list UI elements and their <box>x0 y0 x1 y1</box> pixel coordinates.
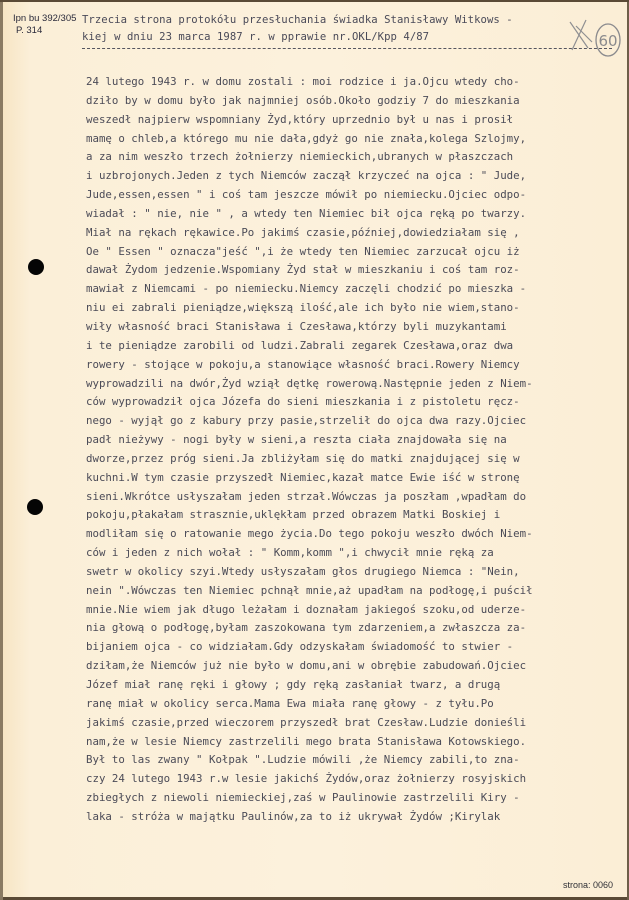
body-line: weszedł najpierw wspomniany Żyd,który up… <box>86 111 626 130</box>
body-line: mawiał z Niemcami - po niemiecku.Niemcy … <box>86 280 626 299</box>
body-line: modliłam się o ratowanie mego życia.Do t… <box>86 525 626 544</box>
body-line: nam,że w lesie Niemcy zastrzelili mego b… <box>86 733 626 752</box>
body-line: mamę o chleb,a którego mu nie dała,gdyż … <box>86 130 626 149</box>
header-line: kiej w dniu 23 marca 1987 r. w pprawie n… <box>82 29 622 46</box>
archive-reference: Ipn bu 392/305 <box>13 13 76 25</box>
body-line: sieni.Wkrótce usłyszałam jeden strzał.Wó… <box>86 488 626 507</box>
body-line: dziłam,że Niemców już nie było w domu,an… <box>86 657 626 676</box>
header-divider <box>82 48 612 49</box>
body-line: dworze,przez próg sieni.Ja zbliżyłam się… <box>86 450 626 469</box>
body-line: czy 24 lutego 1943 r.w lesie jakichś Żyd… <box>86 770 626 789</box>
body-line: nein ".Wówczas ten Niemiec pchnął mnie,a… <box>86 582 626 601</box>
body-line: jakimś czasie,przed wieczorem przyszedł … <box>86 714 626 733</box>
body-line: i te pieniądze zarobili od ludzi.Zabrali… <box>86 337 626 356</box>
body-line: laka - stróża w majątku Paulinów,za to i… <box>86 808 626 827</box>
body-line: zbiegłych z niewoli niemieckiej,zaś w Pa… <box>86 789 626 808</box>
archive-page-number: P. 314 <box>13 25 76 37</box>
body-line: dawał Żydom jedzenie.Wspomiany Żyd stał … <box>86 261 626 280</box>
archive-stamp: Ipn bu 392/305 P. 314 <box>13 13 76 37</box>
body-line: Józef miał ranę ręki i głowy ; gdy ręką … <box>86 676 626 695</box>
body-line: Miał na rękach rękawice.Po jakimś czasie… <box>86 224 626 243</box>
punch-hole <box>27 499 43 515</box>
body-line: a za nim weszło trzech żołnierzy niemiec… <box>86 148 626 167</box>
body-line: wyprowadzili na dwór,Żyd wziął dętkę row… <box>86 375 626 394</box>
body-line: ców wyprowadził ojca Józefa do sieni mie… <box>86 393 626 412</box>
handwritten-page-mark: 60 <box>566 14 622 60</box>
body-line: wiły własność braci Stanisława i Czesław… <box>86 318 626 337</box>
body-line: kuchni.W tym czasie przyszedł Niemiec,ka… <box>86 469 626 488</box>
body-line: rowery - stojące w pokoju,a stanowiące w… <box>86 356 626 375</box>
body-line: nia głową o podłogę,byłam zaszokowana ty… <box>86 619 626 638</box>
body-line: ców i jeden z nich wołał : " Komm,komm "… <box>86 544 626 563</box>
body-line: dziło by w domu było jak najmniej osób.O… <box>86 92 626 111</box>
body-line: pokoju,płakałam strasznie,uklękłam przed… <box>86 506 626 525</box>
body-line: padł nieżywy - nogi były w sieni,a reszt… <box>86 431 626 450</box>
header-line: Trzecia strona protokółu przesłuchania ś… <box>82 12 622 29</box>
punch-hole <box>28 259 44 275</box>
document-header: Trzecia strona protokółu przesłuchania ś… <box>82 12 622 46</box>
body-line: nego - wyjął go z kabury przy pasie,strz… <box>86 412 626 431</box>
page-footer-label: strona: 0060 <box>563 880 613 890</box>
body-line: Oe " Essen " oznacza"jeść ",i że wtedy t… <box>86 243 626 262</box>
body-line: 24 lutego 1943 r. w domu zostali : moi r… <box>86 73 626 92</box>
body-line: i uzbrojonych.Jeden z tych Niemców zaczą… <box>86 167 626 186</box>
body-line: wiadał : " nie, nie " , a wtedy ten Niem… <box>86 205 626 224</box>
body-line: bijaniem ojca - co widziałam.Gdy odzyska… <box>86 638 626 657</box>
scanned-document-page: Ipn bu 392/305 P. 314 Trzecia strona pro… <box>0 0 629 900</box>
body-line: mnie.Nie wiem jak długo leżałam i doznał… <box>86 601 626 620</box>
body-line: Był to las zwany " Kołpak ".Ludzie mówil… <box>86 751 626 770</box>
body-line: ranę miał w okolicy serca.Mama Ewa miała… <box>86 695 626 714</box>
testimony-body: 24 lutego 1943 r. w domu zostali : moi r… <box>86 73 626 827</box>
body-line: niu ei zabrali pieniądze,większą ilość,a… <box>86 299 626 318</box>
body-line: swetr w okolicy szyi.Wtedy usłyszałam gł… <box>86 563 626 582</box>
body-line: Jude,essen,essen " i coś tam jeszcze mów… <box>86 186 626 205</box>
